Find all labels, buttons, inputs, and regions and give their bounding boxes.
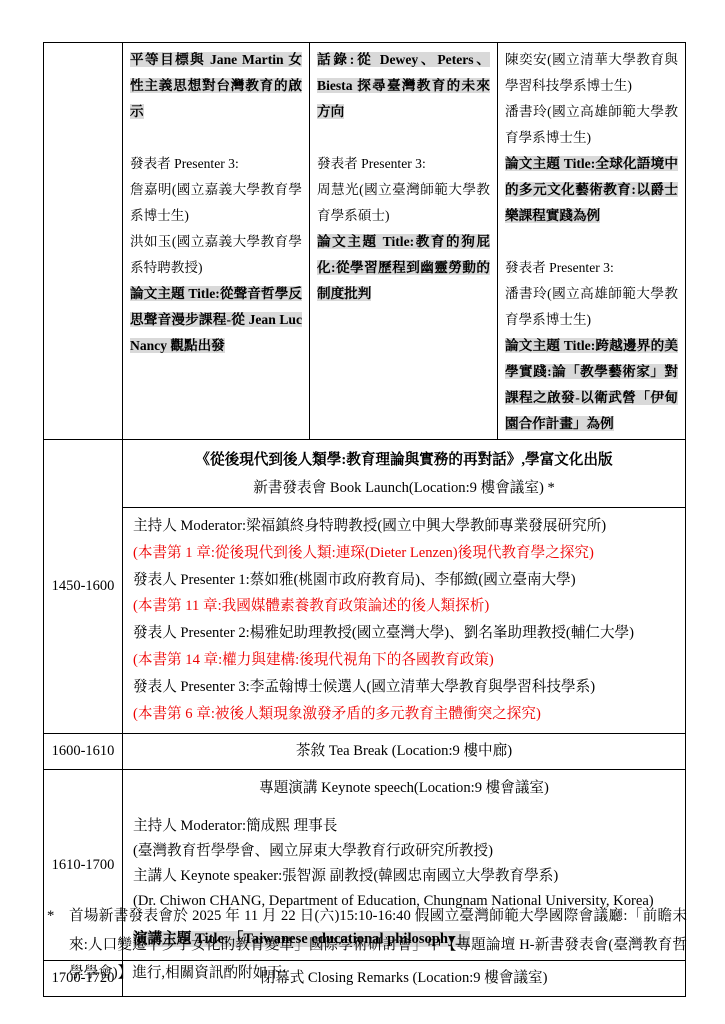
paper-topic: 論文主題 Title:全球化語境中的多元文化藝術教育:以爵士樂課程實踐為例 <box>505 151 678 229</box>
paper-title: 話錄:從 Dewey、Peters、Biesta 探尋臺灣教育的未來方向 <box>317 47 490 125</box>
footnote: * 首場新書發表會於 2025 年 11 月 22 日(六)15:10-16:4… <box>47 902 687 988</box>
footnote-marker: * <box>47 902 69 988</box>
paper-title: 平等目標與 Jane Martin 女性主義思想對台灣教育的啟示 <box>130 47 302 125</box>
presenter-label: 發表者 Presenter 3: <box>130 151 302 177</box>
book-launch-header-row: 1450-1600 《從後現代到後人類學:教育理論與實務的再對話》,學富文化出版… <box>44 440 686 508</box>
book-title-line: 《從後現代到後人類學:教育理論與實務的再對話》,學富文化出版 <box>131 446 677 474</box>
paper-column-1: 平等目標與 Jane Martin 女性主義思想對台灣教育的啟示 發表者 Pre… <box>123 43 310 440</box>
author-name: 陳奕安(國立清華大學教育與學習科技學系博士生) <box>505 47 678 99</box>
book-launch-event-line: 新書發表會 Book Launch(Location:9 樓會議室) * <box>131 474 677 502</box>
keynote-moderator-affiliation: (臺灣教育哲學學會、國立屏東大學教育行政研究所教授) <box>133 839 675 864</box>
book-launch-details-cell: 主持人 Moderator:梁福鎮終身特聘教授(國立中興大學教師專業發展研究所)… <box>123 508 686 734</box>
presenter-name: 洪如玉(國立嘉義大學教育學系特聘教授) <box>130 229 302 281</box>
book-launch-time-cell: 1450-1600 <box>44 440 123 734</box>
conference-program-page: 平等目標與 Jane Martin 女性主義思想對台灣教育的啟示 發表者 Pre… <box>0 0 725 1024</box>
paper-topic-text: 論文主題 Title:教育的狗屁化:從學習歷程到幽靈勞動的制度批判 <box>317 234 490 301</box>
keynote-heading: 專題演講 Keynote speech(Location:9 樓會議室) <box>133 776 675 801</box>
keynote-moderator: 主持人 Moderator:簡成熙 理事長 <box>133 814 675 839</box>
presenter-line: 發表人 Presenter 2:楊雅妃助理教授(國立臺灣大學)、劉名峯助理教授(… <box>133 620 675 647</box>
book-launch-details-row: 主持人 Moderator:梁福鎮終身特聘教授(國立中興大學教師專業發展研究所)… <box>44 508 686 734</box>
spacer <box>130 125 302 151</box>
presenter-line: 發表人 Presenter 3:李孟翰博士候選人(國立清華大學教育與學習科技學系… <box>133 674 675 701</box>
paper-topic-text: 論文主題 Title:從聲音哲學反思聲音漫步課程-從 Jean Luc Nanc… <box>130 286 302 353</box>
program-table: 平等目標與 Jane Martin 女性主義思想對台灣教育的啟示 發表者 Pre… <box>43 42 686 997</box>
session-time-cell <box>44 43 123 440</box>
tea-break-time-cell: 1600-1610 <box>44 734 123 770</box>
paper-column-3: 陳奕安(國立清華大學教育與學習科技學系博士生) 潘書玲(國立高雄師範大學教育學系… <box>498 43 686 440</box>
paper-title-text: 話錄:從 Dewey、Peters、Biesta 探尋臺灣教育的未來方向 <box>317 52 490 119</box>
presenter-name: 潘書玲(國立高雄師範大學教育學系博士生) <box>505 281 678 333</box>
paper-column-2: 話錄:從 Dewey、Peters、Biesta 探尋臺灣教育的未來方向 發表者… <box>310 43 498 440</box>
spacer <box>317 125 490 151</box>
presenter-line: 發表人 Presenter 1:蔡如雅(桃園市政府教育局)、李郁緻(國立臺南大學… <box>133 567 675 594</box>
book-launch-header-cell: 《從後現代到後人類學:教育理論與實務的再對話》,學富文化出版 新書發表會 Boo… <box>123 440 686 508</box>
paper-topic-text: 論文主題 Title:跨越邊界的美學實踐:論「教學藝術家」對課程之啟發-以衛武營… <box>505 338 678 431</box>
author-name: 潘書玲(國立高雄師範大學教育學系博士生) <box>505 99 678 151</box>
spacer <box>505 229 678 255</box>
presenter-label: 發表者 Presenter 3: <box>317 151 490 177</box>
paper-topic-text: 論文主題 Title:全球化語境中的多元文化藝術教育:以爵士樂課程實踐為例 <box>505 156 678 223</box>
chapter-note: (本書第 1 章:從後現代到後人類:連琛(Dieter Lenzen)後現代教育… <box>133 540 675 567</box>
presenter-name: 周慧光(國立臺灣師範大學教育學系碩士) <box>317 177 490 229</box>
paper-topic: 論文主題 Title:跨越邊界的美學實踐:論「教學藝術家」對課程之啟發-以衛武營… <box>505 333 678 437</box>
spacer <box>133 801 675 814</box>
presenter-name: 詹嘉明(國立嘉義大學教育學系博士生) <box>130 177 302 229</box>
chapter-note: (本書第 11 章:我國媒體素養教育政策論述的後人類探析) <box>133 593 675 620</box>
tea-break-row: 1600-1610 茶敘 Tea Break (Location:9 樓中廊) <box>44 734 686 770</box>
footnote-text: 首場新書發表會於 2025 年 11 月 22 日(六)15:10-16:40 … <box>69 902 687 988</box>
paper-topic: 論文主題 Title:教育的狗屁化:從學習歷程到幽靈勞動的制度批判 <box>317 229 490 307</box>
tea-break-cell: 茶敘 Tea Break (Location:9 樓中廊) <box>123 734 686 770</box>
presenter-label: 發表者 Presenter 3: <box>505 255 678 281</box>
paper-topic: 論文主題 Title:從聲音哲學反思聲音漫步課程-從 Jean Luc Nanc… <box>130 281 302 359</box>
chapter-note: (本書第 14 章:權力與建構:後現代視角下的各國教育政策) <box>133 647 675 674</box>
paper-title-text: 平等目標與 Jane Martin 女性主義思想對台灣教育的啟示 <box>130 52 302 119</box>
moderator-line: 主持人 Moderator:梁福鎮終身特聘教授(國立中興大學教師專業發展研究所) <box>133 513 675 540</box>
keynote-speaker: 主講人 Keynote speaker:張智源 副教授(韓國忠南國立大學教育學系… <box>133 864 675 889</box>
chapter-note: (本書第 6 章:被後人類現象激發矛盾的多元教育主體衝突之探究) <box>133 701 675 728</box>
parallel-session-row: 平等目標與 Jane Martin 女性主義思想對台灣教育的啟示 發表者 Pre… <box>44 43 686 440</box>
